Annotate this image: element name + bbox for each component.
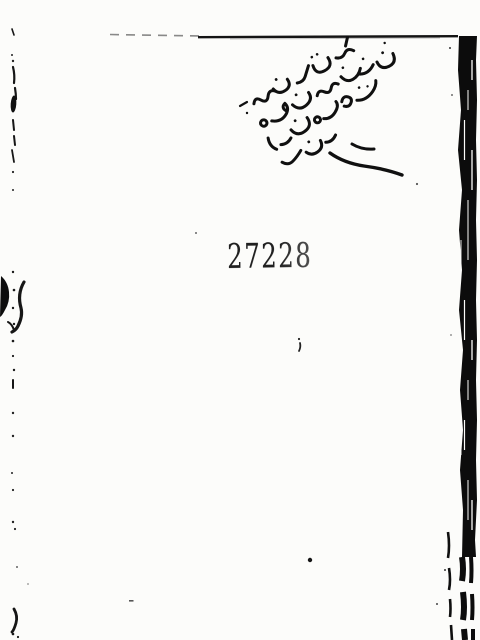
book-binding-edge [436, 36, 477, 640]
top-horizontal-rule [110, 35, 458, 40]
scan-marks-layer [0, 0, 480, 640]
handwritten-inscription [240, 37, 418, 185]
left-margin-marks [0, 29, 29, 638]
scanned-book-page: 27228 [0, 0, 480, 640]
page-specks [129, 232, 312, 602]
